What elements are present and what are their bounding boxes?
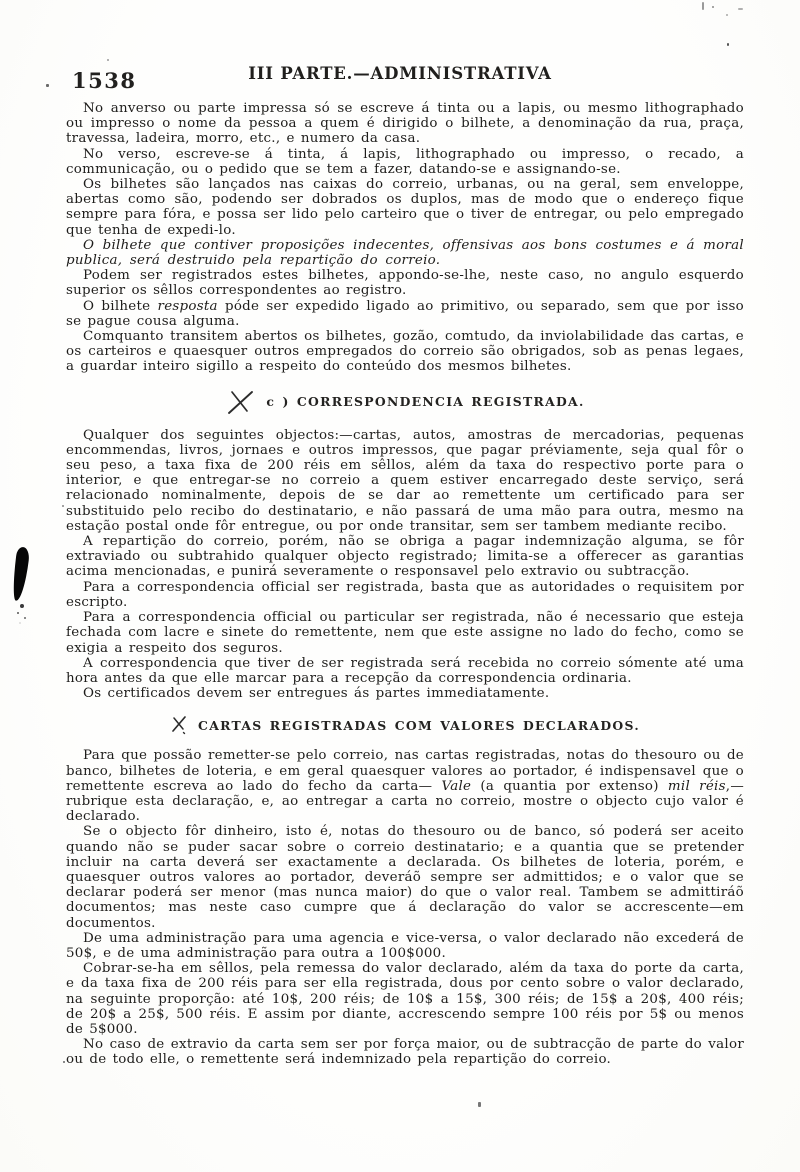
paragraph: Podem ser registrados estes bilhetes, ap… xyxy=(66,268,744,298)
section-heading-label: c ) CORRESPONDENCIA REGISTRADA. xyxy=(266,394,584,409)
paragraph: Para que possão remetter-se pelo correio… xyxy=(66,748,744,824)
paragraph-segment-italic: Vale xyxy=(441,779,471,794)
section-heading-label: CARTAS REGISTRADAS COM VALORES DECLARADO… xyxy=(198,718,640,733)
paragraph: Comquanto transitem abertos os bilhetes,… xyxy=(66,329,744,375)
paragraph: Os bilhetes são lançados nas caixas do c… xyxy=(66,177,744,238)
paragraph-italic: O bilhete que contiver proposições indec… xyxy=(66,238,744,268)
paragraph: Qualquer dos seguintes objectos:—cartas,… xyxy=(66,428,744,534)
paragraph: Os certificados devem ser entregues ás p… xyxy=(66,686,744,701)
paragraph: No verso, escreve-se á tinta, á lapis, l… xyxy=(66,147,744,177)
scan-speck xyxy=(738,8,743,10)
page-number: 1538 xyxy=(72,68,136,93)
paragraph: De uma administração para uma agencia e … xyxy=(66,931,744,961)
scan-speck xyxy=(107,59,109,61)
paragraph: No caso de extravio da carta sem ser por… xyxy=(66,1037,744,1067)
scan-speck xyxy=(62,505,64,507)
paragraph: Se o objecto fôr dinheiro, isto é, notas… xyxy=(66,824,744,930)
page-header: 1538 III PARTE.—ADMINISTRATIVA xyxy=(0,62,800,96)
paragraph-segment-italic: mil réis xyxy=(668,779,726,794)
scanned-book-page: 1538 III PARTE.—ADMINISTRATIVA No anvers… xyxy=(0,0,800,1172)
text-column: No anverso ou parte impressa só se escre… xyxy=(66,101,744,1068)
pencil-x-mark-icon xyxy=(170,715,187,735)
scan-speck xyxy=(727,43,729,46)
paragraph-segment: (a quantia por extenso) xyxy=(471,779,668,794)
pencil-x-mark-icon xyxy=(225,389,255,415)
paragraph: Para a correspondencia official ou parti… xyxy=(66,610,744,656)
scan-speck xyxy=(63,1061,65,1063)
paragraph-segment-italic: resposta xyxy=(158,299,218,314)
scan-speck xyxy=(726,14,728,16)
paragraph: No anverso ou parte impressa só se escre… xyxy=(66,101,744,147)
paragraph: Cobrar-se-ha em sêllos, pela remessa do … xyxy=(66,961,744,1037)
ink-blot xyxy=(11,546,30,601)
paragraph-segment: O bilhete xyxy=(83,299,158,314)
scan-speck xyxy=(702,2,704,10)
paragraph: A correspondencia que tiver de ser regis… xyxy=(66,656,744,686)
paragraph: O bilhete resposta póde ser expedido lig… xyxy=(66,299,744,329)
ink-blot-specks xyxy=(20,604,24,608)
scan-speck xyxy=(478,1102,481,1107)
paragraph: A repartição do correio, porém, não se o… xyxy=(66,534,744,580)
section-heading-cartas-registradas-valores: CARTAS REGISTRADAS COM VALORES DECLARADO… xyxy=(66,715,744,735)
section-heading-correspondencia-registrada: c ) CORRESPONDENCIA REGISTRADA. xyxy=(66,389,744,415)
scan-speck xyxy=(712,6,714,8)
paragraph: Para a correspondencia official ser regi… xyxy=(66,580,744,610)
